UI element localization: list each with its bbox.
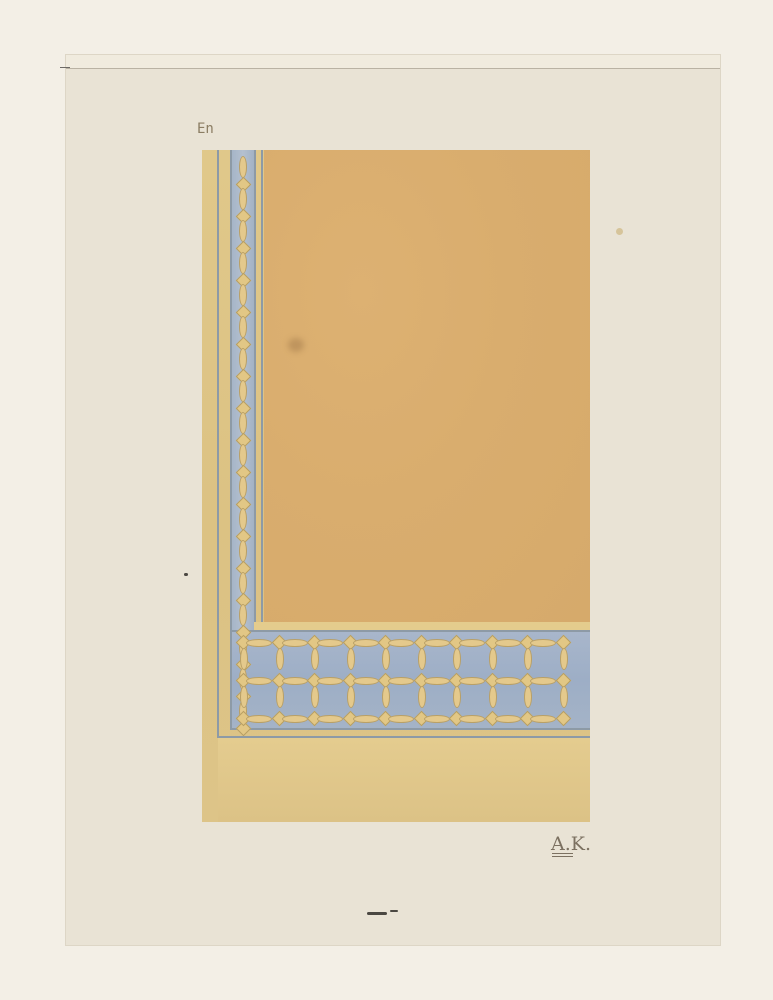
corner-label: En [197,121,214,137]
lozenge-motif [317,639,343,647]
bottom-yellow-field [218,738,590,822]
lozenge-motif [282,715,308,723]
lozenge-motif [239,252,247,274]
lozenge-motif [353,677,379,685]
lozenge-motif [489,648,497,670]
artist-signature: A.K. [551,833,591,855]
lozenge-motif [524,648,532,670]
lozenge-motif [239,380,247,402]
lozenge-motif [347,686,355,708]
lozenge-motif [239,316,247,338]
lozenge-motif [311,648,319,670]
lozenge-motif [453,648,461,670]
lozenge-motif [239,508,247,530]
foxing-spot [616,228,623,235]
stain [288,338,304,352]
lozenge-motif [239,412,247,434]
lozenge-motif [530,677,556,685]
lozenge-motif [282,639,308,647]
lozenge-motif [282,677,308,685]
lozenge-motif [347,648,355,670]
lozenge-motif [388,715,414,723]
lozenge-motif [240,686,248,708]
lozenge-motif [239,572,247,594]
lozenge-motif [311,686,319,708]
lozenge-motif [495,677,521,685]
lozenge-motif [239,188,247,210]
lozenge-motif [459,677,485,685]
lozenge-motif [353,639,379,647]
lozenge-motif [239,476,247,498]
rule-line [261,150,263,626]
lozenge-motif [424,677,450,685]
lozenge-motif [276,648,284,670]
lozenge-motif [239,220,247,242]
rule-line [217,736,590,738]
lozenge-motif [239,284,247,306]
lozenge-motif [276,686,284,708]
lozenge-motif [530,639,556,647]
lozenge-motif [459,715,485,723]
lozenge-motif [246,639,272,647]
lozenge-motif [239,540,247,562]
ornament-design [202,150,590,822]
lozenge-motif [353,715,379,723]
lozenge-motif [560,686,568,708]
lozenge-motif [388,639,414,647]
lozenge-motif [239,156,247,178]
lozenge-motif [418,648,426,670]
ochre-panel [264,150,590,622]
lozenge-motif [246,715,272,723]
lozenge-motif [495,639,521,647]
rule-line [217,150,219,738]
lozenge-motif [424,715,450,723]
lozenge-motif [239,604,247,626]
lozenge-motif [317,677,343,685]
lozenge-motif [495,715,521,723]
lozenge-motif [382,686,390,708]
lozenge-motif [524,686,532,708]
lozenge-motif [382,648,390,670]
rule-line [230,728,590,730]
pencil-mark [184,573,188,576]
lozenge-motif [530,715,556,723]
lozenge-motif [459,639,485,647]
lozenge-motif [240,648,248,670]
lozenge-motif [246,677,272,685]
corner-mark [60,67,70,68]
lozenge-motif [418,686,426,708]
lozenge-motif [424,639,450,647]
pencil-mark [367,912,387,915]
lozenge-motif [388,677,414,685]
lozenge-motif [560,648,568,670]
pencil-mark [390,910,398,912]
lozenge-motif [239,348,247,370]
lozenge-motif [239,444,247,466]
mount-top-strip [66,55,720,69]
lozenge-motif [317,715,343,723]
lozenge-motif [489,686,497,708]
lozenge-motif [453,686,461,708]
